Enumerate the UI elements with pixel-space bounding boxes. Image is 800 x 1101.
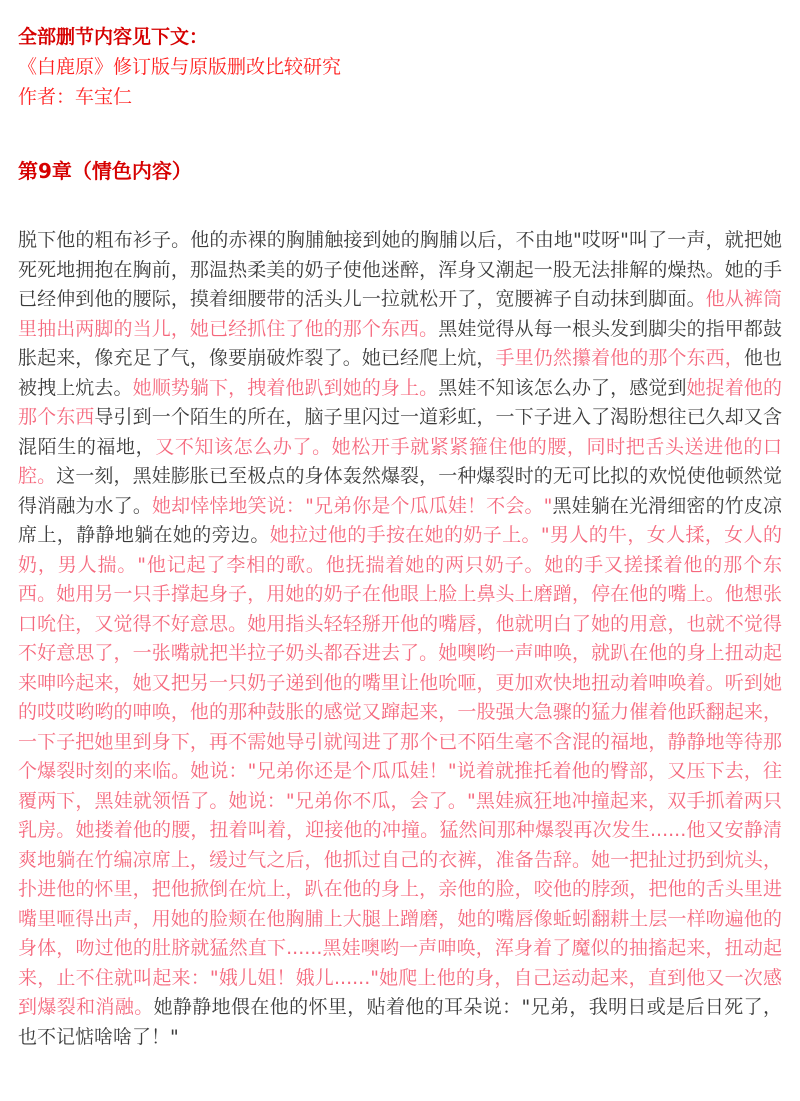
text-segment-red: 手里仍然攥着他的那个东西， bbox=[496, 347, 744, 369]
text-segment-black: 脱下他的粗布衫子。他的赤裸的胸脯触接到她的胸脯以后，不由地"哎呀"叫了一声，就把… bbox=[18, 229, 782, 310]
body-paragraph: 脱下他的粗布衫子。他的赤裸的胸脯触接到她的胸脯以后，不由地"哎呀"叫了一声，就把… bbox=[18, 226, 782, 1052]
author-line: 作者：车宝仁 bbox=[18, 82, 782, 112]
text-segment-red: 她却悻悻地笑说："兄弟你是个瓜瓜娃！不会。" bbox=[152, 495, 552, 517]
chapter-heading: 第9章（情色内容） bbox=[18, 158, 782, 184]
text-segment-red: 她顺势躺下，拽着他趴到她的身上。 bbox=[133, 377, 439, 399]
text-segment-black: 黑娃不知该怎么办了，感觉到 bbox=[438, 377, 686, 399]
text-segment-red: 她拉过他的手按在她的奶子上。"男人的牛，女人揉，女人的奶，男人揣。"他记起了李相… bbox=[18, 524, 782, 1018]
title-line: 《白鹿原》修订版与原版删改比较研究 bbox=[18, 52, 782, 82]
notice-line: 全部删节内容见下文： bbox=[18, 22, 782, 52]
document-page: 全部删节内容见下文： 《白鹿原》修订版与原版删改比较研究 作者：车宝仁 第9章（… bbox=[0, 0, 800, 1101]
